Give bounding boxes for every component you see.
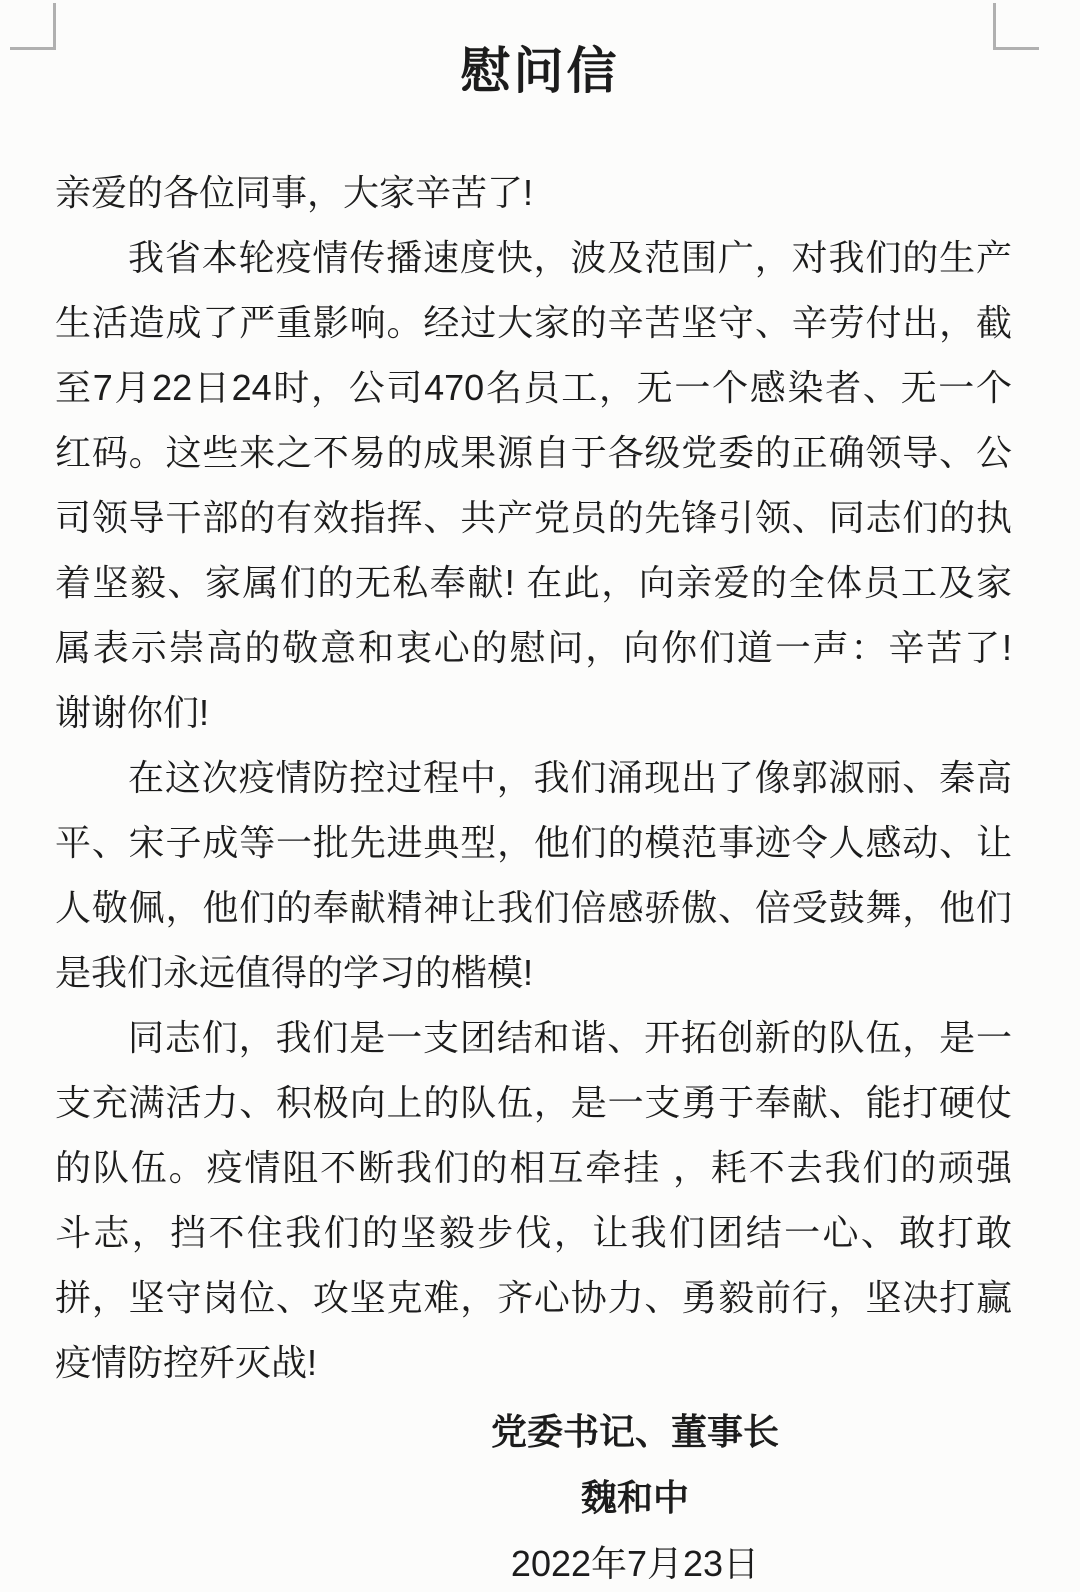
letter-line: 我省本轮疫情传播速度快，波及范围广，对我们的生产 bbox=[55, 225, 1012, 290]
letter-line: 着坚毅、家属们的无私奉献! 在此，向亲爱的全体员工及家 bbox=[55, 550, 1012, 615]
letter-line: 的队伍。疫情阻不断我们的相互牵挂 ，耗不去我们的顽强 bbox=[55, 1135, 1012, 1200]
signature-block: 党委书记、董事长 魏和中 2022年7月23日 bbox=[0, 1399, 1080, 1592]
letter-line: 同志们，我们是一支团结和谐、开拓创新的队伍，是一 bbox=[55, 1005, 1012, 1070]
signature-date: 2022年7月23日 bbox=[190, 1531, 1080, 1592]
page-margin-corner-right-icon bbox=[993, 3, 1039, 50]
signer-role: 党委书记、董事长 bbox=[190, 1399, 1080, 1465]
letter-line: 疫情防控歼灭战! bbox=[55, 1330, 1012, 1395]
letter-line: 在这次疫情防控过程中，我们涌现出了像郭淑丽、秦高 bbox=[55, 745, 1012, 810]
letter-line: 拼，坚守岗位、攻坚克难，齐心协力、勇毅前行，坚决打赢 bbox=[55, 1265, 1012, 1330]
page-margin-corner-left-icon bbox=[10, 3, 56, 50]
letter-line: 谢谢你们! bbox=[55, 680, 1012, 745]
letter-line: 属表示崇高的敬意和衷心的慰问，向你们道一声：辛苦了! bbox=[55, 615, 1012, 680]
letter-title: 慰问信 bbox=[0, 0, 1080, 106]
letter-line: 平、宋子成等一批先进典型，他们的模范事迹令人感动、让 bbox=[55, 810, 1012, 875]
letter-body: 亲爱的各位同事，大家辛苦了! 我省本轮疫情传播速度快，波及范围广，对我们的生产 … bbox=[0, 160, 1080, 1395]
letter-line: 斗志，挡不住我们的坚毅步伐，让我们团结一心、敢打敢 bbox=[55, 1200, 1012, 1265]
letter-line: 生活造成了严重影响。经过大家的辛苦坚守、辛劳付出，截 bbox=[55, 290, 1012, 355]
letter-salutation: 亲爱的各位同事，大家辛苦了! bbox=[55, 160, 1012, 225]
signer-name: 魏和中 bbox=[190, 1465, 1080, 1531]
letter-line: 是我们永远值得的学习的楷模! bbox=[55, 940, 1012, 1005]
letter-line: 支充满活力、积极向上的队伍，是一支勇于奉献、能打硬仗 bbox=[55, 1070, 1012, 1135]
letter-line: 司领导干部的有效指挥、共产党员的先锋引领、同志们的执 bbox=[55, 485, 1012, 550]
letter-line: 人敬佩，他们的奉献精神让我们倍感骄傲、倍受鼓舞，他们 bbox=[55, 875, 1012, 940]
letter-line: 红码。这些来之不易的成果源自于各级党委的正确领导、公 bbox=[55, 420, 1012, 485]
letter-page: 慰问信 亲爱的各位同事，大家辛苦了! 我省本轮疫情传播速度快，波及范围广，对我们… bbox=[0, 0, 1080, 1592]
letter-line: 至7月22日24时，公司470名员工，无一个感染者、无一个 bbox=[55, 355, 1012, 420]
